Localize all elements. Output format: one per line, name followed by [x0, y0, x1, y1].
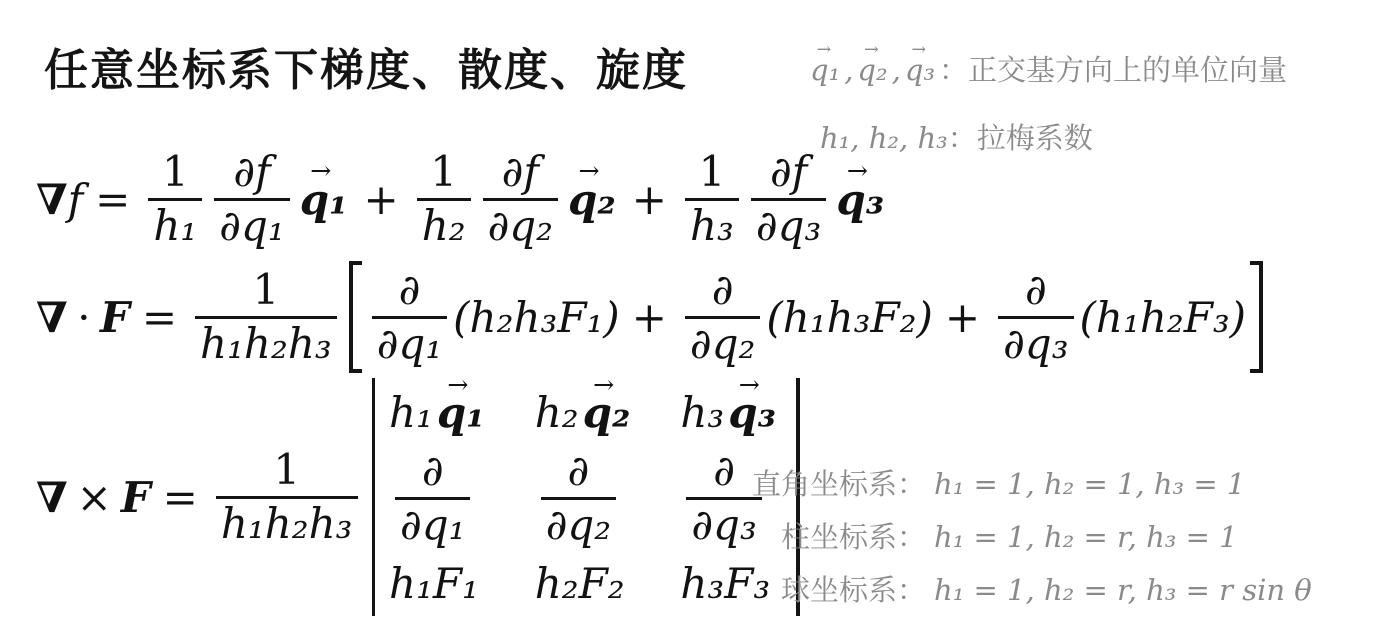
legend-lame-label: ：拉梅系数 — [948, 121, 1093, 155]
system-value-cartesian: h₁ = 1, h₂ = 1, h₃ = 1 — [926, 467, 1245, 501]
vector-field-F: F — [100, 293, 130, 342]
numerator: 1 — [268, 448, 305, 493]
coef-h3: h₃ — [680, 388, 724, 437]
vector-arrow-icon: → — [579, 158, 600, 183]
numerator: ∂ — [707, 268, 739, 313]
factor-1: (h₂h₃F₁) — [453, 293, 620, 342]
factor-3: (h₁h₂F₃) — [1080, 293, 1247, 342]
denominator: ∂q₃ — [686, 503, 761, 548]
det-partial-fraction-1: ∂ ∂q₁ — [395, 449, 470, 547]
coef-fraction-2: 1 h₂ — [417, 150, 471, 248]
vector-arrow-icon: → — [447, 372, 468, 397]
coef-fraction-3: 1 h₃ — [685, 150, 739, 248]
nabla-symbol: ∇ — [36, 473, 68, 522]
det-cell-h2F2: h₂F₂ — [535, 559, 625, 608]
numerator: ∂ — [563, 449, 595, 494]
system-value-cylindrical: h₁ = 1, h₂ = r, h₃ = 1 — [926, 520, 1238, 554]
numerator: 1 — [694, 150, 731, 195]
system-label-spherical: 球坐标系： — [781, 568, 926, 609]
factor-2: (h₁h₃F₂) — [766, 293, 933, 342]
numerator: ∂f — [497, 150, 544, 195]
legend-unit-vectors-label: ：正交基方向上的单位向量 — [939, 48, 1287, 89]
numerator: ∂f — [228, 150, 275, 195]
denominator: ∂q₃ — [751, 204, 826, 249]
denominator: ∂q₂ — [483, 204, 558, 249]
vector-arrow-icon: → — [911, 42, 926, 59]
coef-fraction: 1 h₁h₂h₃ — [216, 448, 358, 546]
det-cell-h1q1: h₁→q₁ — [389, 388, 489, 437]
denominator: h₁ — [148, 204, 202, 249]
plus-sign: + — [632, 175, 667, 224]
bracket-right — [1250, 261, 1263, 373]
slide: 任意坐标系下梯度、散度、旋度 →q₁,→q₂,→q₃：正交基方向上的单位向量 h… — [0, 0, 1389, 618]
numerator: ∂f — [765, 150, 812, 195]
scalar-f: f — [68, 175, 84, 224]
unit-vector-q1: → q₁ — [300, 175, 348, 224]
vector-arrow-icon: → — [864, 42, 879, 59]
numerator: ∂ — [1020, 268, 1052, 313]
coef-fraction-1: 1 h₁ — [148, 150, 202, 248]
denominator: ∂q₁ — [372, 322, 447, 367]
vector-arrow-icon: → — [847, 158, 868, 183]
numerator: ∂ — [417, 449, 449, 494]
numerator: 1 — [425, 150, 462, 195]
det-partial-fraction-3: ∂ ∂q₃ — [686, 449, 761, 547]
unit-vector-q2: → q₂ — [568, 175, 616, 224]
unit-vector-q3: →q₃ — [728, 388, 776, 437]
denominator: ∂q₂ — [541, 503, 616, 548]
vector-arrow-icon: → — [310, 158, 331, 183]
partial-fraction-3: ∂f ∂q₃ — [751, 150, 826, 248]
numerator: ∂ — [394, 268, 426, 313]
bracket-left — [349, 261, 362, 373]
formula-curl: ∇ × F = 1 h₁h₂h₃ h₁→q₁ h₂→q₂ h₃→q₃ ∂ ∂q₁ — [36, 378, 800, 616]
system-label-cylindrical: 柱坐标系： — [781, 515, 926, 556]
unit-vector-q2: →q₂ — [583, 388, 631, 437]
unit-vector-q3: → q₃ — [836, 175, 884, 224]
system-label-cartesian: 直角坐标系： — [752, 462, 926, 503]
vector-q3: →q₃ — [905, 53, 935, 87]
system-value-spherical: h₁ = 1, h₂ = r, h₃ = r sin θ — [926, 573, 1312, 607]
legend-unit-vectors: →q₁,→q₂,→q₃：正交基方向上的单位向量 — [806, 48, 1287, 89]
partial-fraction-2: ∂ ∂q₂ — [685, 268, 760, 366]
partial-fraction-1: ∂f ∂q₁ — [214, 150, 289, 248]
determinant-grid: h₁→q₁ h₂→q₂ h₃→q₃ ∂ ∂q₁ ∂ ∂q₂ ∂ ∂q₃ — [375, 378, 796, 616]
vector-arrow-icon: → — [739, 372, 760, 397]
determinant: h₁→q₁ h₂→q₂ h₃→q₃ ∂ ∂q₁ ∂ ∂q₂ ∂ ∂q₃ — [372, 378, 800, 616]
denominator: ∂q₃ — [998, 322, 1073, 367]
det-cell-h2q2: h₂→q₂ — [535, 388, 635, 437]
coef-h2: h₂ — [535, 388, 579, 437]
vector-arrow-icon: → — [593, 372, 614, 397]
plus-sign: + — [945, 293, 980, 342]
denominator: h₃ — [685, 204, 739, 249]
comma: , — [892, 53, 901, 87]
unit-vector-q1: →q₁ — [437, 388, 485, 437]
vector-field-F: F — [121, 473, 151, 522]
numerator: 1 — [248, 268, 285, 313]
det-partial-fraction-2: ∂ ∂q₂ — [541, 449, 616, 547]
vector-q2: →q₂ — [857, 53, 887, 87]
denominator: ∂q₁ — [214, 204, 289, 249]
nabla-symbol: ∇ — [36, 175, 68, 224]
plus-sign: + — [632, 293, 667, 342]
equals-sign: = — [142, 293, 177, 342]
numerator: 1 — [157, 150, 194, 195]
equals-sign: = — [95, 175, 130, 224]
comma: , — [844, 53, 853, 87]
coordinate-systems: 直角坐标系： h₁ = 1, h₂ = 1, h₃ = 1 柱坐标系： h₁ =… — [752, 462, 1312, 609]
det-cell-h3q3: h₃→q₃ — [680, 388, 780, 437]
partial-fraction-2: ∂f ∂q₂ — [483, 150, 558, 248]
nabla-symbol: ∇ — [36, 293, 68, 342]
denominator: h₁h₂h₃ — [216, 502, 358, 547]
equals-sign: = — [163, 473, 198, 522]
denominator: h₁h₂h₃ — [195, 322, 337, 367]
denominator: h₂ — [417, 204, 471, 249]
vector-q1: →q₁ — [810, 53, 840, 87]
denominator: ∂q₁ — [395, 503, 470, 548]
cross-operator: × — [77, 473, 112, 522]
partial-fraction-1: ∂ ∂q₁ — [372, 268, 447, 366]
coef-h1: h₁ — [389, 388, 433, 437]
numerator: ∂ — [708, 449, 740, 494]
plus-sign: + — [363, 175, 398, 224]
det-cell-h1F1: h₁F₁ — [389, 559, 479, 608]
vector-arrow-icon: → — [817, 42, 832, 59]
slide-title: 任意坐标系下梯度、散度、旋度 — [44, 34, 688, 98]
formula-divergence: ∇ ⋅ F = 1 h₁h₂h₃ ∂ ∂q₁ (h₂h₃F₁) + ∂ ∂q₂ … — [36, 261, 1263, 373]
denominator: ∂q₂ — [685, 322, 760, 367]
formula-gradient: ∇ f = 1 h₁ ∂f ∂q₁ → q₁ + 1 h₂ ∂f ∂q₂ — [36, 150, 888, 248]
coef-fraction: 1 h₁h₂h₃ — [195, 268, 337, 366]
dot-operator: ⋅ — [77, 293, 91, 342]
partial-fraction-3: ∂ ∂q₃ — [998, 268, 1073, 366]
